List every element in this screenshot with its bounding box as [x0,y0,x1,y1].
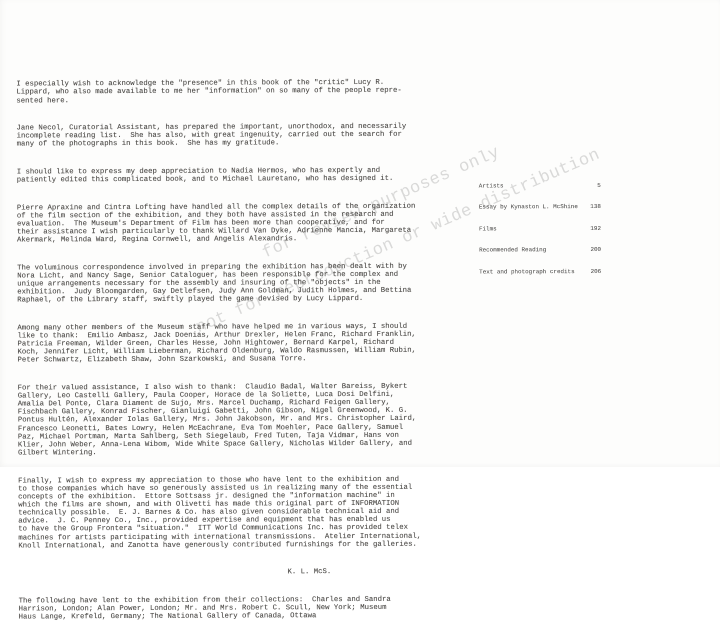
table-of-contents: Artists 5 Essay by Kynaston L. McShine 1… [479,183,601,290]
paragraph-necol: Jane Necol, Curatorial Assistant, has pr… [17,123,441,149]
toc-page-number: 200 [590,247,601,253]
toc-label: Artists [479,183,504,189]
toc-page-number: 206 [591,269,602,275]
scanned-page: for review purposes only not for reprodu… [0,0,720,467]
paragraph-correspondence: The voluminous correspondence involved i… [17,262,441,305]
toc-label: Films [479,226,497,232]
acknowledgments-text: I especially wish to acknowledge the "pr… [16,63,443,467]
toc-label: Text and photograph credits [479,269,574,276]
toc-page-number: 5 [597,183,601,189]
toc-label: Essay by Kynaston L. McShine [479,204,578,211]
toc-row-essay: Essay by Kynaston L. McShine 138 [479,204,601,211]
paragraph-galleries-thanks: For their valued assistance, I also wish… [18,382,442,457]
paragraph-editors: I should like to express my deep appreci… [17,167,441,185]
toc-row-artists: Artists 5 [479,183,601,190]
toc-row-credits: Text and photograph credits 206 [479,269,601,276]
page-tilt-wrapper: I especially wish to acknowledge the "pr… [0,0,720,467]
toc-row-films: Films 192 [479,226,601,233]
toc-page-number: 192 [590,226,601,232]
paragraph-museum-staff: Among many other members of the Museum s… [17,322,441,365]
toc-row-recommended-reading: Recommended Reading 200 [479,247,601,254]
toc-page-number: 138 [590,204,601,210]
paragraph-lippard: I especially wish to acknowledge the "pr… [16,79,440,105]
toc-label: Recommended Reading [479,247,546,253]
paragraph-film-section: Pierre Apraxine and Cintra Lofting have … [17,202,441,245]
